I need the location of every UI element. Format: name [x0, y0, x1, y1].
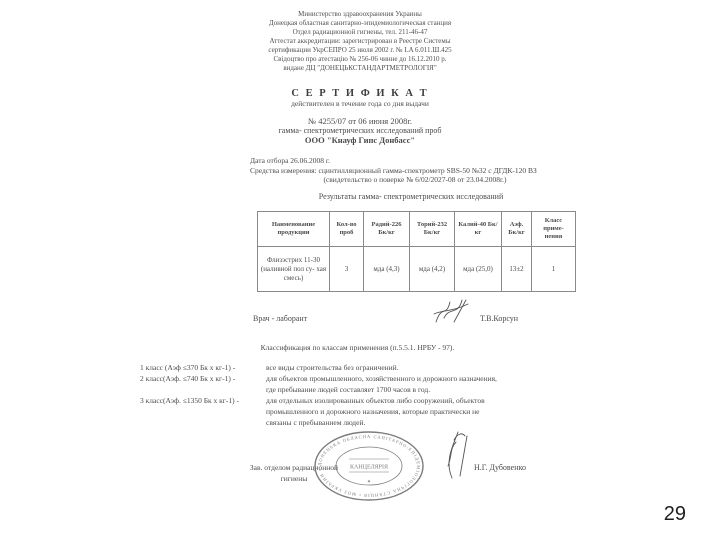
stamp-star: ✦ — [367, 479, 371, 485]
letterhead-line: Донецкая областная санитарно-эпидемиолог… — [160, 19, 560, 28]
presentation-slide: Министерство здравоохранения Украины Дон… — [0, 0, 720, 540]
sampling-date: Дата отбора 26.06.2008 г. — [250, 156, 580, 166]
cell-class: 1 — [532, 247, 576, 292]
classification-item: 1 класс (Аэф ≤370 Бк х кг-1) -все виды с… — [140, 362, 585, 373]
class-term: 3 класс(Аэф. ≤1350 Бк х кг-1) - — [140, 395, 266, 406]
letterhead: Министерство здравоохранения Украины Дон… — [160, 10, 560, 73]
class-term: 2 класс(Аэф. ≤740 Бк х кг-1) - — [140, 373, 266, 384]
col-header-class: Класс приме- нения — [532, 212, 576, 247]
classification-item: 3 класс(Аэф. ≤1350 Бк х кг-1) -для отдел… — [140, 395, 585, 428]
organization-name: ООО "Кнауф Гипс Донбасс" — [160, 135, 560, 145]
class-desc: для объектов промышленного, хозяйственно… — [266, 373, 501, 395]
table-row: Флизэстрих 11-30 (наливной пол су- хая с… — [258, 247, 576, 292]
col-header-samples: Кол-во проб — [330, 212, 364, 247]
stamp-center-text: КАНЦЕЛЯРІЯ — [350, 465, 388, 471]
department-head-name: Н.Г. Дубовенко — [474, 463, 526, 472]
table-header-row: Наименование продукции Кол-во проб Радий… — [258, 212, 576, 247]
cell-samples: 3 — [330, 247, 364, 292]
col-header-aeff: Аэф. Бк/кг — [502, 212, 532, 247]
letterhead-line: Свідоцтво про атестацію № 256-06 чинне д… — [160, 55, 560, 64]
sampling-info: Дата отбора 26.06.2008 г. Средства измер… — [250, 156, 580, 185]
letterhead-line: сертификации УкрСЕПРО 25 июля 2002 г. № … — [160, 46, 560, 55]
classification-list: 1 класс (Аэф ≤370 Бк х кг-1) -все виды с… — [140, 362, 585, 428]
cell-radium: мда (4,3) — [364, 247, 410, 292]
certificate-type: гамма- спектрометрических исследований п… — [160, 126, 560, 135]
class-term: 1 класс (Аэф ≤370 Бк х кг-1) - — [140, 362, 266, 373]
verification-line: (свидетельство о поверке № 6/02/2027-08 … — [250, 175, 580, 185]
col-header-product: Наименование продукции — [258, 212, 330, 247]
letterhead-line: видане ДЦ "ДОНЕЦЬКСТАНДАРТМЕТРОЛОГІЯ" — [160, 64, 560, 73]
lab-doctor-name: Т.В.Корсун — [480, 314, 518, 323]
round-stamp: ДОНЕЦЬКА ОБЛАСНА САНІТАРНО-ЕПІДЕМІОЛОГІЧ… — [313, 430, 425, 502]
department-head-signature — [424, 426, 470, 482]
cell-potassium: мда (25,0) — [455, 247, 502, 292]
certificate-title: С Е Р Т И Ф И К А Т — [160, 88, 560, 99]
letterhead-line: Министерство здравоохранения Украины — [160, 10, 560, 19]
col-header-thorium: Торий-232 Бк/кг — [410, 212, 455, 247]
class-desc: все виды строительства без ограничений. — [266, 362, 501, 373]
certificate-number: № 4255/07 от 06 июня 2008г. — [160, 116, 560, 126]
slide-page-number: 29 — [664, 503, 686, 526]
letterhead-line: Аттестат аккредитации: зарегистрирован в… — [160, 37, 560, 46]
classification-heading: Классификация по классам применения (п.5… — [120, 343, 595, 352]
lab-doctor-signature — [432, 296, 474, 328]
certificate-title-block: С Е Р Т И Ф И К А Т действителен в течен… — [160, 88, 560, 145]
class-desc: для отдельных изолированных объектов либ… — [266, 395, 501, 428]
results-heading: Результаты гамма- спектрометрических исс… — [255, 192, 567, 201]
col-header-radium: Радий-226 Бк/кг — [364, 212, 410, 247]
letterhead-line: Отдел радиационной гигиены, тел. 211-46-… — [160, 28, 560, 37]
cell-aeff: 13±2 — [502, 247, 532, 292]
classification-item: 2 класс(Аэф. ≤740 Бк х кг-1) -для объект… — [140, 373, 585, 395]
cell-thorium: мда (4,2) — [410, 247, 455, 292]
col-header-potassium: Калий-40 Бк/кг — [455, 212, 502, 247]
results-table: Наименование продукции Кол-во проб Радий… — [257, 211, 576, 292]
lab-doctor-label: Врач - лаборант — [253, 314, 307, 323]
validity-note: действителен в течение года со дня выдач… — [160, 99, 560, 109]
department-head-label-line2: гигиены — [281, 474, 308, 483]
instrument-line: Средства измерения: сцинтилляционный гам… — [250, 166, 580, 176]
cell-product: Флизэстрих 11-30 (наливной пол су- хая с… — [258, 247, 330, 292]
